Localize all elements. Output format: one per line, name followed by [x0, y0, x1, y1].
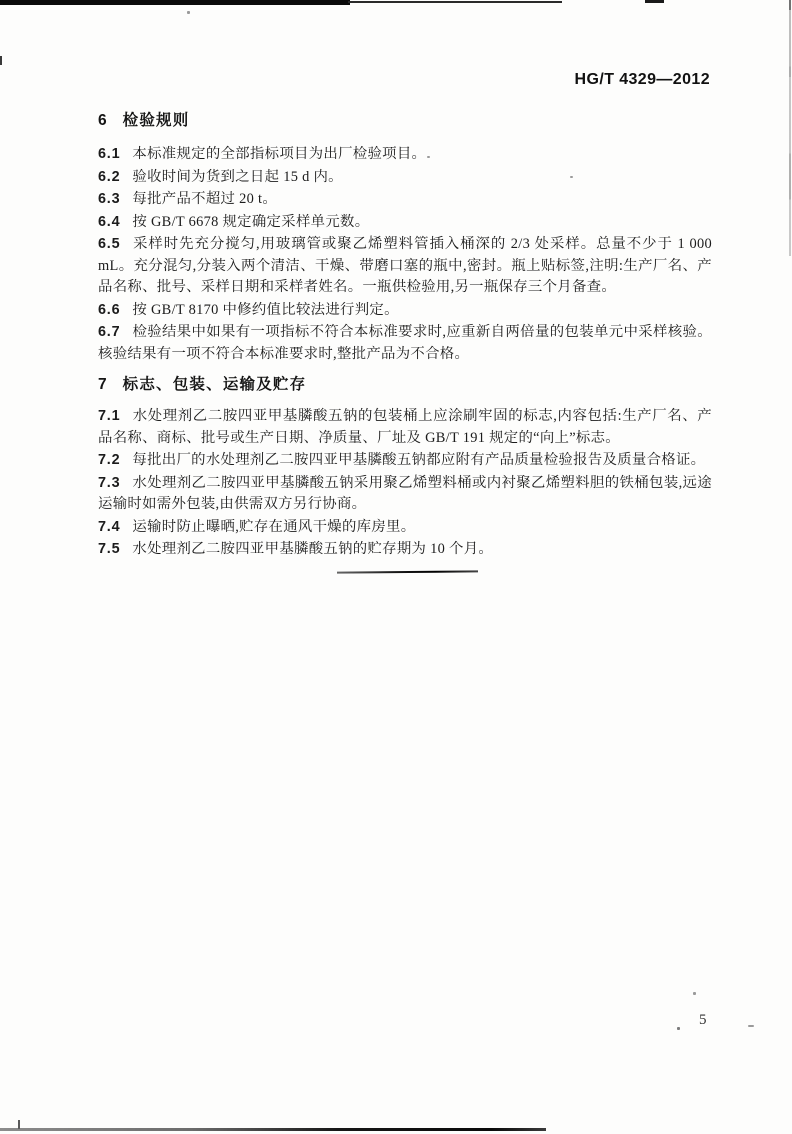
- clause-6-1-text: 本标准规定的全部指标项目为出厂检验项目。: [132, 146, 426, 162]
- clause-6-6-text: 按 GB/T 8170 中修约值比较法进行判定。: [132, 302, 398, 318]
- clause-6-1-number: 6.1: [98, 146, 120, 162]
- clause-7-3: 7.3水处理剂乙二胺四亚甲基膦酸五钠采用聚乙烯塑料桶或内衬聚乙烯塑料胆的铁桶包装…: [98, 473, 712, 516]
- clause-6-3: 6.3每批产品不超过 20 t。: [98, 189, 712, 211]
- clause-7-1-number: 7.1: [98, 408, 120, 424]
- clause-7-1: 7.1水处理剂乙二胺四亚甲基膦酸五钠的包装桶上应涂刷牢固的标志,内容包括:生产厂…: [98, 406, 712, 449]
- clause-6-4-number: 6.4: [98, 214, 120, 230]
- clause-6-7-number: 6.7: [98, 324, 120, 340]
- clause-6-4: 6.4按 GB/T 6678 规定确定采样单元数。: [98, 212, 712, 234]
- clause-7-4: 7.4运输时防止曝晒,贮存在通风干燥的库房里。: [98, 517, 712, 539]
- clause-6-7-text: 检验结果中如果有一项指标不符合本标准要求时,应重新自两倍量的包装单元中采样核验。…: [98, 324, 712, 362]
- clause-7-2: 7.2每批出厂的水处理剂乙二胺四亚甲基膦酸五钠都应附有产品质量检验报告及质量合格…: [98, 450, 712, 472]
- scan-artifact-left-tick: [0, 56, 2, 65]
- clause-6-5: 6.5采样时先充分搅匀,用玻璃管或聚乙烯塑料管插入桶深的 2/3 处采样。总量不…: [98, 234, 712, 299]
- clause-6-3-number: 6.3: [98, 191, 120, 207]
- section-7-heading: 7标志、包装、运输及贮存: [98, 376, 712, 394]
- clause-6-2-number: 6.2: [98, 169, 120, 185]
- clause-6-6-number: 6.6: [98, 302, 120, 318]
- clause-7-1-text: 水处理剂乙二胺四亚甲基膦酸五钠的包装桶上应涂刷牢固的标志,内容包括:生产厂名、产…: [98, 408, 712, 446]
- clause-6-3-text: 每批产品不超过 20 t。: [132, 191, 277, 207]
- running-header: HG/T 4329—2012: [575, 71, 710, 89]
- scan-speck: [187, 11, 190, 14]
- clause-6-5-number: 6.5: [98, 236, 120, 252]
- scan-speck: [693, 992, 696, 995]
- clause-6-4-text: 按 GB/T 6678 规定确定采样单元数。: [132, 214, 369, 230]
- clause-6-1: 6.1本标准规定的全部指标项目为出厂检验项目。: [98, 144, 712, 166]
- clause-7-3-number: 7.3: [98, 475, 120, 491]
- clause-7-5-text: 水处理剂乙二胺四亚甲基膦酸五钠的贮存期为 10 个月。: [132, 541, 493, 557]
- clause-6-5-text: 采样时先充分搅匀,用玻璃管或聚乙烯塑料管插入桶深的 2/3 处采样。总量不少于 …: [98, 236, 712, 295]
- section-7-title: 标志、包装、运输及贮存: [123, 376, 307, 393]
- clause-7-4-number: 7.4: [98, 519, 120, 535]
- end-of-document-line: [337, 570, 478, 573]
- scan-artifact-right-edge: [789, 0, 791, 256]
- scan-artifact-bottom-bar: [0, 1128, 546, 1131]
- clause-6-6: 6.6按 GB/T 8170 中修约值比较法进行判定。: [98, 300, 712, 322]
- clause-7-2-text: 每批出厂的水处理剂乙二胺四亚甲基膦酸五钠都应附有产品质量检验报告及质量合格证。: [132, 452, 705, 468]
- scan-artifact-bottom-tick: [18, 1120, 20, 1129]
- scan-speck: [748, 1025, 754, 1027]
- section-6-title: 检验规则: [123, 112, 190, 129]
- page-number: 5: [699, 1012, 707, 1029]
- clause-7-4-text: 运输时防止曝晒,贮存在通风干燥的库房里。: [132, 519, 415, 535]
- scan-artifact-top-bar-thin: [348, 1, 562, 3]
- clause-7-5: 7.5水处理剂乙二胺四亚甲基膦酸五钠的贮存期为 10 个月。: [98, 539, 712, 561]
- scan-artifact-top-bar: [0, 0, 350, 5]
- clause-6-7: 6.7检验结果中如果有一项指标不符合本标准要求时,应重新自两倍量的包装单元中采样…: [98, 322, 712, 365]
- section-6-number: 6: [98, 112, 107, 129]
- scan-artifact-top-segment: [645, 0, 664, 3]
- clause-7-2-number: 7.2: [98, 452, 120, 468]
- clause-6-2: 6.2验收时间为货到之日起 15 d 内。: [98, 167, 712, 189]
- document-page: HG/T 4329—2012 6检验规则 6.1本标准规定的全部指标项目为出厂检…: [0, 0, 792, 1134]
- clause-6-2-text: 验收时间为货到之日起 15 d 内。: [132, 169, 342, 185]
- clause-7-3-text: 水处理剂乙二胺四亚甲基膦酸五钠采用聚乙烯塑料桶或内衬聚乙烯塑料胆的铁桶包装,远途…: [98, 475, 712, 513]
- section-6-heading: 6检验规则: [98, 112, 712, 130]
- standard-number: HG/T 4329—2012: [575, 71, 710, 88]
- section-7-number: 7: [98, 376, 107, 393]
- scan-speck: [677, 1027, 680, 1030]
- document-content: 6检验规则 6.1本标准规定的全部指标项目为出厂检验项目。 6.2验收时间为货到…: [98, 112, 712, 562]
- clause-7-5-number: 7.5: [98, 541, 120, 557]
